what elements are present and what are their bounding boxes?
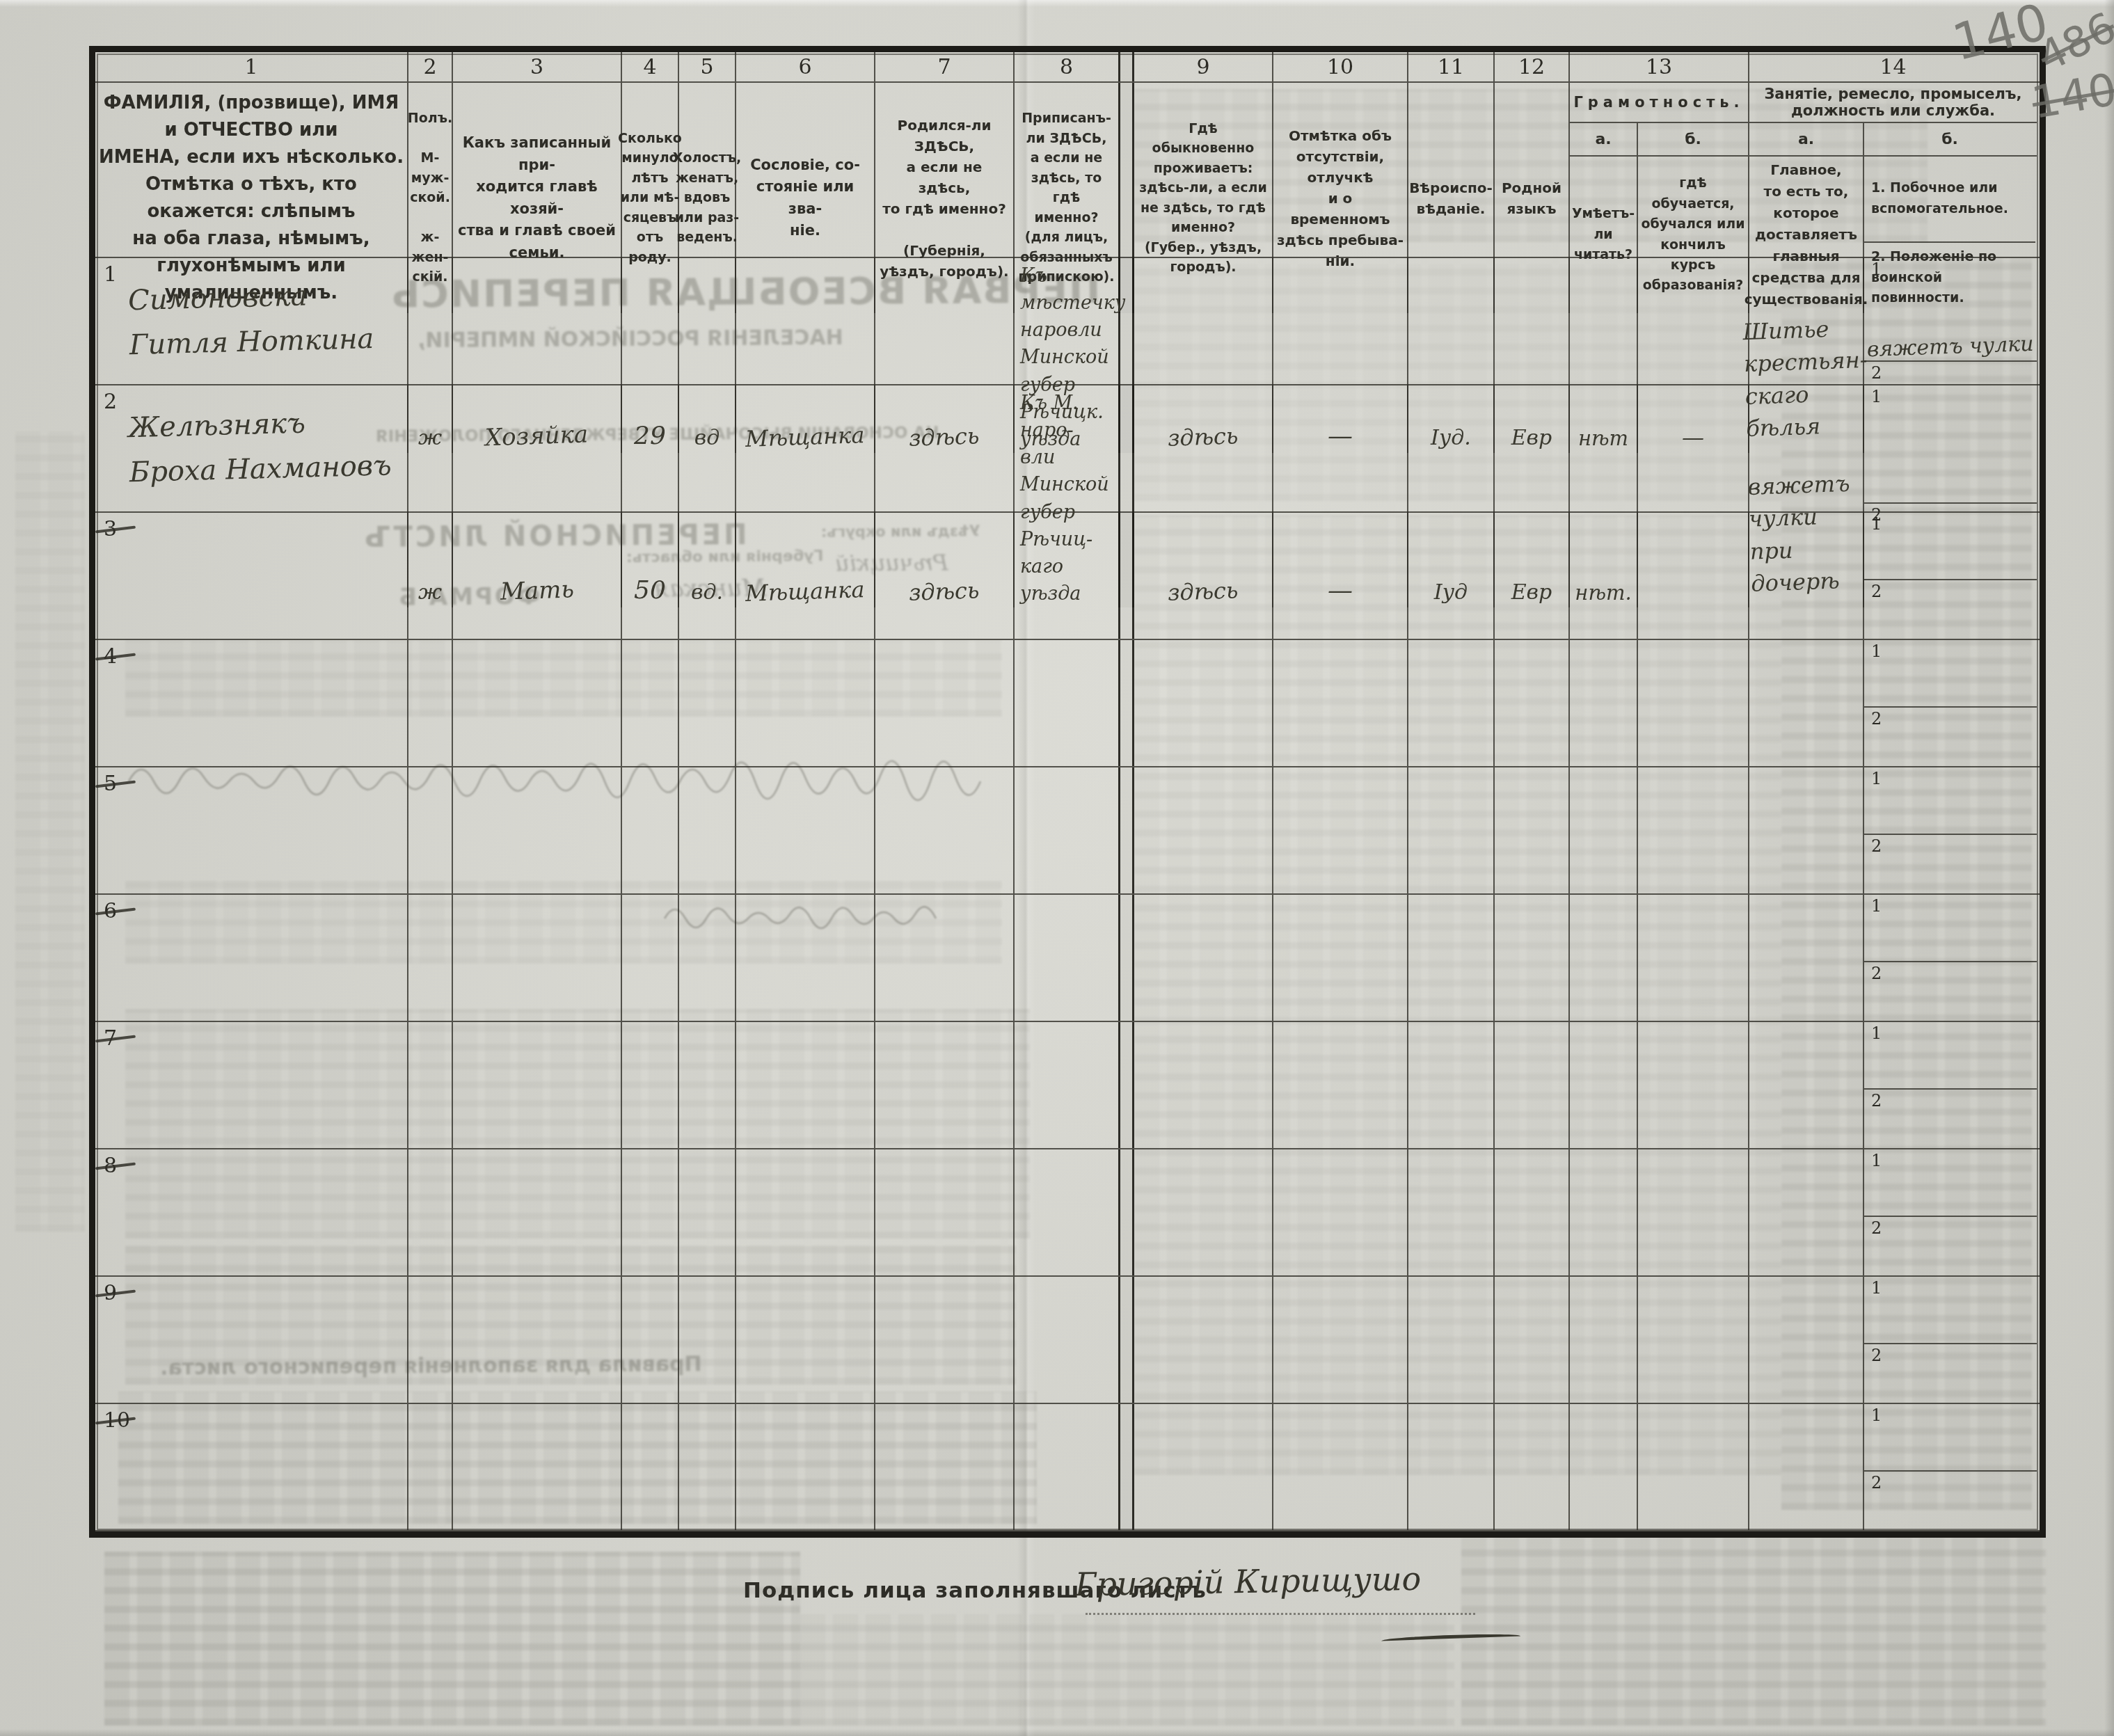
person-name <box>129 781 404 788</box>
sex-cell <box>408 513 453 639</box>
absence-cell <box>1273 1022 1408 1148</box>
language-cell <box>1495 1277 1570 1403</box>
header-row: ФАМИЛІЯ, (прозвище), ИМЯ и ОТЧЕСТВО или … <box>95 83 2040 258</box>
estate-cell <box>736 895 875 1021</box>
military-status-number: 2 <box>1871 964 1882 983</box>
side-occupation-number: 1 <box>1871 642 1882 661</box>
side-occupation-subcell: 1 <box>1864 1022 2037 1090</box>
absence-cell <box>1273 513 1408 639</box>
residence-cell <box>1134 1277 1273 1403</box>
estate-cell <box>736 1149 875 1275</box>
side-occupation-number: 1 <box>1871 1278 1882 1298</box>
education-cell <box>1638 1149 1749 1275</box>
row-number: 1 <box>104 262 117 287</box>
birthplace-cell <box>875 1404 1015 1530</box>
side-occupation-number: 1 <box>1871 769 1882 788</box>
header-occupation-side-1: 1. Побочное или вспомогательное. <box>1864 157 2035 243</box>
occupation-main-cell <box>1749 1149 1864 1275</box>
birthplace-cell <box>875 513 1015 639</box>
estate-cell <box>736 1022 875 1148</box>
header-occupation-title: Занятіе, ремесло, промыселъ, должность и… <box>1749 83 2037 123</box>
religion-cell <box>1408 895 1495 1021</box>
row-number: 10 <box>104 1408 130 1433</box>
col-num: 7 <box>875 52 1015 81</box>
table-body: 1 Симоновска Гитля Ноткина ж Хозяйка 29 … <box>95 258 2040 1531</box>
person-name <box>129 526 404 533</box>
sex-cell <box>408 1022 453 1148</box>
literacy-cell <box>1570 513 1638 639</box>
education-cell <box>1638 767 1749 893</box>
military-status-number: 2 <box>1871 709 1882 728</box>
sheet-fold <box>1120 513 1134 639</box>
side-occupation-subcell: 1 <box>1864 385 2037 504</box>
religion-cell <box>1408 1022 1495 1148</box>
col-num: 3 <box>453 52 622 81</box>
residence-cell <box>1134 1149 1273 1275</box>
religion-cell <box>1408 513 1495 639</box>
marital-cell <box>679 895 736 1021</box>
absence-cell <box>1273 1149 1408 1275</box>
relation-cell <box>453 1149 622 1275</box>
military-status-number: 2 <box>1871 582 1882 601</box>
education-cell <box>1638 895 1749 1021</box>
education-cell <box>1638 1022 1749 1148</box>
name-cell: 7 <box>95 1022 408 1148</box>
table-row: 8 1 2 <box>95 1149 2040 1277</box>
military-status-number: 2 <box>1871 1218 1882 1238</box>
column-number-row: 1 2 3 4 5 6 7 8 9 10 11 12 13 14 <box>95 52 2040 83</box>
side-occupation-subcell: 1 <box>1864 640 2037 708</box>
person-name <box>129 1163 404 1170</box>
birthplace-cell <box>875 1277 1015 1403</box>
side-occupation-number: 1 <box>1871 387 1882 406</box>
side-occupation-subcell: 1 <box>1864 1149 2037 1217</box>
relation-cell <box>453 1022 622 1148</box>
col-num: 5 <box>679 52 736 81</box>
person-name <box>129 1417 404 1424</box>
military-status-subcell: 2 <box>1864 962 2037 1021</box>
military-status-number: 2 <box>1871 1091 1882 1110</box>
language-cell <box>1495 513 1570 639</box>
age-cell <box>622 1149 679 1275</box>
sheet-fold <box>1120 1404 1134 1530</box>
estate-cell <box>736 640 875 766</box>
registration-cell <box>1015 1404 1120 1530</box>
birthplace-cell <box>875 1022 1015 1148</box>
literacy-cell <box>1570 1022 1638 1148</box>
birthplace-cell <box>875 1149 1015 1275</box>
table-row: 5 1 2 <box>95 767 2040 895</box>
sex-cell <box>408 1149 453 1275</box>
age-cell <box>622 895 679 1021</box>
bleed-noise <box>15 431 85 1232</box>
military-status-subcell: 2 <box>1864 1090 2037 1148</box>
bleed-noise <box>800 1614 1454 1726</box>
education-cell <box>1638 513 1749 639</box>
language-cell <box>1495 895 1570 1021</box>
military-status-subcell: 2 <box>1864 1217 2037 1275</box>
side-occupation-subcell: 1 <box>1864 895 2037 962</box>
absence-cell <box>1273 895 1408 1021</box>
row-number: 4 <box>104 644 117 669</box>
registration-cell <box>1015 1022 1120 1148</box>
estate-cell <box>736 1404 875 1530</box>
religion-cell <box>1408 640 1495 766</box>
person-name <box>129 1290 404 1297</box>
sheet-fold <box>1120 895 1134 1021</box>
side-occupation-number: 1 <box>1871 1024 1882 1043</box>
relation-cell <box>453 640 622 766</box>
occupation-side-entry: вяжетъ чулки <box>1867 332 2035 363</box>
registration-cell <box>1015 513 1120 639</box>
military-status-number: 2 <box>1871 1473 1882 1492</box>
literacy-cell <box>1570 1404 1638 1530</box>
person-name: Желѣзнякъ Броха Нахмановъ <box>127 399 405 495</box>
birthplace-cell <box>875 767 1015 893</box>
sex-cell <box>408 640 453 766</box>
sheet-fold <box>1120 1149 1134 1275</box>
header-occupation-sublabels: а. б. <box>1749 123 2037 157</box>
education-cell <box>1638 1277 1749 1403</box>
education-cell <box>1638 640 1749 766</box>
occupation-side-cell: 1 2 <box>1864 1149 2037 1275</box>
table-row: 2 Желѣзнякъ Броха Нахмановъ ж Мать 50 вд… <box>95 385 2040 513</box>
name-cell: 4 <box>95 640 408 766</box>
header-literacy-sublabels: а. б. <box>1570 123 1748 157</box>
age-cell <box>622 513 679 639</box>
header-literacy-b-label: б. <box>1638 123 1748 155</box>
marital-cell <box>679 1022 736 1148</box>
name-cell: 8 <box>95 1149 408 1275</box>
literacy-cell <box>1570 1149 1638 1275</box>
age-cell <box>622 1277 679 1403</box>
military-status-subcell: 2 <box>1864 1472 2037 1530</box>
language-cell <box>1495 1404 1570 1530</box>
education-cell <box>1638 1404 1749 1530</box>
relation-cell <box>453 1404 622 1530</box>
header-occupation-a-label: а. <box>1749 123 1864 155</box>
sex-cell <box>408 1277 453 1403</box>
person-name <box>129 653 404 660</box>
occupation-side-cell: 1 2 <box>1864 1022 2037 1148</box>
occupation-main-cell <box>1749 1277 1864 1403</box>
row-number: 7 <box>104 1026 117 1051</box>
col-num: 11 <box>1408 52 1495 81</box>
age-cell <box>622 1404 679 1530</box>
sheet-fold <box>1120 52 1134 81</box>
sheet-fold <box>1120 1022 1134 1148</box>
residence-cell <box>1134 1404 1273 1530</box>
sex-cell <box>408 1404 453 1530</box>
military-status-subcell: 2 <box>1864 1344 2037 1403</box>
side-occupation-subcell: 1 <box>1864 767 2037 835</box>
occupation-main-cell <box>1749 895 1864 1021</box>
language-cell <box>1495 1022 1570 1148</box>
absence-cell <box>1273 767 1408 893</box>
side-occupation-number: 1 <box>1871 896 1882 916</box>
residence-cell <box>1134 1022 1273 1148</box>
occupation-main-cell <box>1749 1022 1864 1148</box>
marital-cell <box>679 767 736 893</box>
registration-cell <box>1015 640 1120 766</box>
marital-cell <box>679 1404 736 1530</box>
sheet-fold <box>1120 1277 1134 1403</box>
table-row: 6 1 2 <box>95 895 2040 1022</box>
marital-cell <box>679 513 736 639</box>
estate-cell <box>736 1277 875 1403</box>
bleed-noise <box>104 1552 800 1726</box>
signature-rule <box>1086 1613 1475 1615</box>
literacy-cell <box>1570 767 1638 893</box>
signature-handwritten: Григорій Кирищушо <box>1075 1560 1422 1604</box>
col-num: 10 <box>1273 52 1408 81</box>
table-row: 10 1 2 <box>95 1404 2040 1531</box>
row-number: 6 <box>104 899 117 923</box>
occupation-side-cell: 1 2 <box>1864 1277 2037 1403</box>
table-row: 4 1 2 <box>95 640 2040 767</box>
table-row: 1 Симоновска Гитля Ноткина ж Хозяйка 29 … <box>95 258 2040 385</box>
absence-cell <box>1273 640 1408 766</box>
residence-cell <box>1134 640 1273 766</box>
literacy-cell <box>1570 895 1638 1021</box>
table-row: 9 1 2 <box>95 1277 2040 1404</box>
military-status-subcell: 2 <box>1864 835 2037 893</box>
military-status-subcell: 2 <box>1864 580 2037 639</box>
row-number: 3 <box>104 517 117 541</box>
occupation-side-cell: 1 2 <box>1864 767 2037 893</box>
absence-cell <box>1273 1404 1408 1530</box>
col-num: 6 <box>736 52 875 81</box>
marital-cell <box>679 1149 736 1275</box>
absence-cell <box>1273 1277 1408 1403</box>
birthplace-cell <box>875 640 1015 766</box>
table-row: 7 1 2 <box>95 1022 2040 1149</box>
header-literacy-title: Грамотность. <box>1570 83 1748 123</box>
header-occupation-b-label: б. <box>1864 123 2035 155</box>
bleed-noise <box>1461 1538 2046 1726</box>
literacy-cell <box>1570 1277 1638 1403</box>
col-num: 4 <box>622 52 679 81</box>
header-literacy-a-label: а. <box>1570 123 1638 155</box>
relation-cell <box>453 895 622 1021</box>
scanned-census-page: { "document": { "kind": "Российская пере… <box>0 0 2114 1736</box>
registration-cell <box>1015 895 1120 1021</box>
registration-cell <box>1015 1149 1120 1275</box>
sex-cell <box>408 895 453 1021</box>
side-occupation-subcell: 1 <box>1864 1277 2037 1344</box>
residence-cell <box>1134 895 1273 1021</box>
side-occupation-number: 1 <box>1871 1151 1882 1170</box>
side-occupation-number: 1 <box>1871 514 1882 534</box>
side-occupation-subcell: 1 <box>1864 513 2037 580</box>
occupation-side-cell: 1 2 <box>1864 895 2037 1021</box>
person-name <box>129 1035 404 1042</box>
relation-cell <box>453 767 622 893</box>
estate-cell <box>736 513 875 639</box>
relation-cell <box>453 1277 622 1403</box>
occupation-side-cell: 1 2 <box>1864 513 2037 639</box>
sheet-fold <box>1120 640 1134 766</box>
col-num: 1 <box>95 52 408 81</box>
military-status-subcell: 2 <box>1864 708 2037 766</box>
estate-cell <box>736 767 875 893</box>
side-occupation-subcell: 1 вяжетъ чулки <box>1864 258 2037 362</box>
language-cell <box>1495 1149 1570 1275</box>
age-cell <box>622 1022 679 1148</box>
religion-cell <box>1408 1277 1495 1403</box>
occupation-main-cell <box>1749 1404 1864 1530</box>
row-number: 8 <box>104 1154 117 1178</box>
name-cell: 5 <box>95 767 408 893</box>
col-num: 2 <box>408 52 453 81</box>
census-table: 1 2 3 4 5 6 7 8 9 10 11 12 13 14 ФАМИЛІЯ… <box>89 46 2046 1538</box>
table-row: 3 1 2 <box>95 513 2040 640</box>
military-status-number: 2 <box>1871 836 1882 856</box>
occupation-main-cell <box>1749 767 1864 893</box>
occupation-main-cell <box>1749 513 1864 639</box>
row-number: 5 <box>104 772 117 796</box>
person-name: Симоновска Гитля Ноткина <box>127 271 405 367</box>
residence-cell <box>1134 513 1273 639</box>
marital-cell <box>679 640 736 766</box>
language-cell <box>1495 640 1570 766</box>
relation-cell <box>453 513 622 639</box>
language-cell <box>1495 767 1570 893</box>
literacy-cell <box>1570 640 1638 766</box>
person-name <box>129 908 404 915</box>
registration-cell <box>1015 767 1120 893</box>
military-status-number: 2 <box>1871 1346 1882 1365</box>
military-status-number: 2 <box>1871 363 1882 383</box>
marital-cell <box>679 1277 736 1403</box>
religion-cell <box>1408 767 1495 893</box>
residence-cell <box>1134 767 1273 893</box>
name-cell: 9 <box>95 1277 408 1403</box>
registration-cell <box>1015 1277 1120 1403</box>
occupation-main-cell <box>1749 640 1864 766</box>
sex-cell <box>408 767 453 893</box>
age-cell <box>622 640 679 766</box>
col-num: 13 <box>1570 52 1749 81</box>
side-occupation-subcell: 1 <box>1864 1404 2037 1472</box>
occupation-side-cell: 1 2 <box>1864 1404 2037 1530</box>
row-number: 2 <box>104 390 117 414</box>
religion-cell <box>1408 1404 1495 1530</box>
side-occupation-number: 1 <box>1871 1405 1882 1425</box>
col-num: 9 <box>1134 52 1273 81</box>
sheet-fold <box>1120 767 1134 893</box>
name-cell: 3 <box>95 513 408 639</box>
col-num: 12 <box>1495 52 1570 81</box>
side-occupation-number: 1 <box>1871 260 1882 279</box>
occupation-side-cell: 1 2 <box>1864 640 2037 766</box>
age-cell <box>622 767 679 893</box>
row-number: 9 <box>104 1281 117 1305</box>
name-cell: 6 <box>95 895 408 1021</box>
birthplace-cell <box>875 895 1015 1021</box>
col-num: 8 <box>1015 52 1120 81</box>
name-cell: 10 <box>95 1404 408 1530</box>
religion-cell <box>1408 1149 1495 1275</box>
